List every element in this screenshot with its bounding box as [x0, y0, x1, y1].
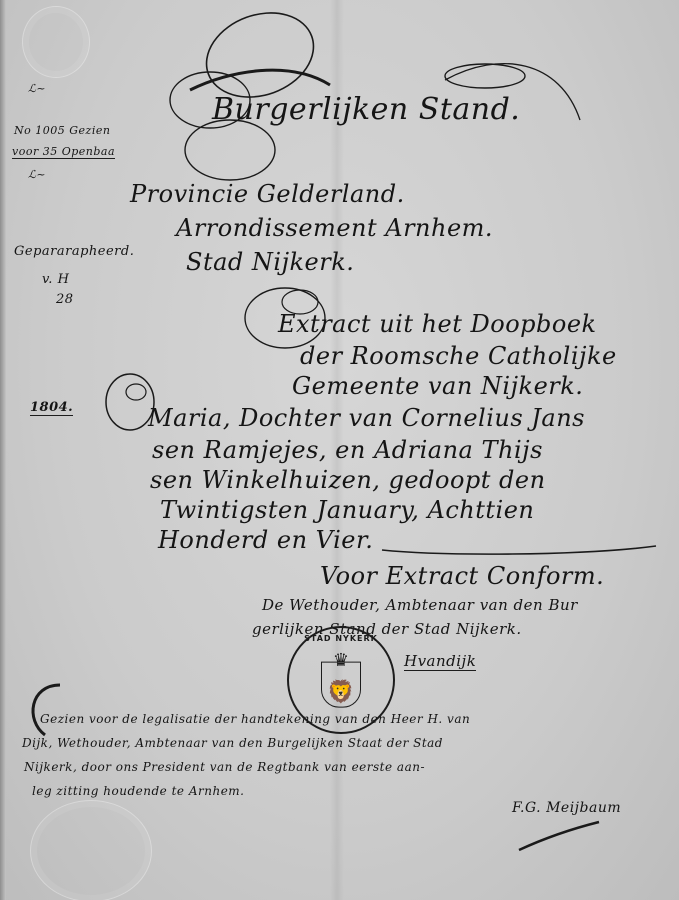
signature-flourish-icon	[515, 818, 605, 854]
body-line-1: Maria, Dochter van Cornelius Jans	[148, 404, 585, 432]
seal-text: STAD NYKERK	[289, 634, 393, 643]
conform-statement: Voor Extract Conform.	[320, 562, 604, 590]
extract-heading-2: der Roomsche Catholijke	[300, 342, 617, 370]
legalisation-line-3: Nijkerk, door ons President van de Regtb…	[24, 760, 425, 774]
margin-signature-mark-2: ℒ~	[28, 168, 46, 181]
official-line-1: De Wethouder, Ambtenaar van den Bur	[262, 596, 578, 614]
margin-initials: v. H	[42, 272, 69, 287]
margin-note-line-2: voor 35 Openbaa	[12, 145, 115, 159]
legalisation-line-4: leg zitting houdende te Arnhem.	[32, 784, 245, 798]
body-line-2: sen Ramjejes, en Adriana Thijs	[152, 436, 543, 464]
header-city: Stad Nijkerk.	[186, 248, 354, 276]
body-line-4: Twintigsten January, Achttien	[160, 496, 534, 524]
margin-signature-mark: ℒ~	[28, 82, 46, 95]
line-filler-stroke	[380, 540, 660, 560]
body-line-5: Honderd en Vier.	[158, 526, 373, 554]
document-page: ℒ~ No 1005 Gezien voor 35 Openbaa ℒ~ Gep…	[0, 0, 679, 900]
extract-heading-3: Gemeente van Nijkerk.	[292, 372, 583, 400]
page-edge	[0, 0, 6, 900]
legalisation-line-2: Dijk, Wethouder, Ambtenaar van den Burge…	[22, 736, 443, 750]
document-title: Burgerlijken Stand.	[212, 92, 520, 127]
lion-icon: 🦁	[327, 680, 354, 705]
extract-heading-1: Extract uit het Doopboek	[278, 310, 597, 338]
president-signature: F.G. Meijbaum	[512, 800, 621, 816]
header-arrondissement: Arrondissement Arnhem.	[176, 214, 493, 242]
embossed-stamp-bottom	[30, 800, 152, 900]
margin-number: 28	[56, 292, 74, 307]
official-signature: Hvandijk	[404, 652, 476, 671]
flourish-g-icon	[20, 680, 80, 740]
body-line-3: sen Winkelhuizen, gedoopt den	[150, 466, 546, 494]
embossed-stamp-top	[22, 6, 90, 78]
year-margin: 1804.	[30, 400, 73, 416]
header-province: Provincie Gelderland.	[130, 180, 405, 208]
legalisation-line-1: Gezien voor de legalisatie der handteken…	[40, 712, 470, 726]
margin-paraphed-note: Gepararapheerd.	[14, 244, 134, 259]
margin-note-line-1: No 1005 Gezien	[14, 124, 110, 137]
